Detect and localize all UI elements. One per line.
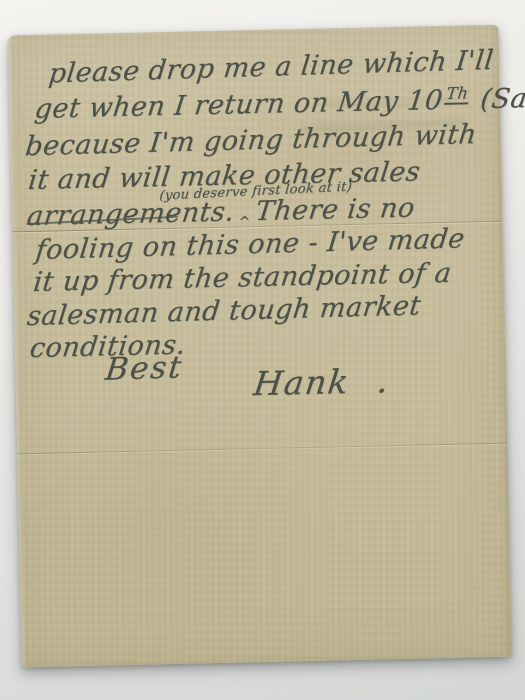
signature-period: . [375,361,392,400]
signature: Hank. [252,361,392,403]
letter-paper: please drop me a line which I'll get whe… [8,25,512,668]
date-ordinal-superscript: Th [444,83,470,105]
line-5-text: There is no [254,193,417,228]
line-2-text: get when I return on May 10 [33,85,445,125]
closing-word: Best [103,349,185,387]
signature-name: Hank [252,362,352,403]
date-parenthetical: (Sat) [479,83,525,116]
letter-photograph: please drop me a line which I'll get whe… [0,0,525,700]
insertion-caret: ^ [237,214,251,230]
handwritten-line-2: get when I return on May 10Th(Sat) [33,82,525,125]
crossed-word: arrangements. [25,196,236,232]
handwritten-line-1: please drop me a line which I'll [47,45,495,90]
fold-crease-lower [17,443,507,455]
